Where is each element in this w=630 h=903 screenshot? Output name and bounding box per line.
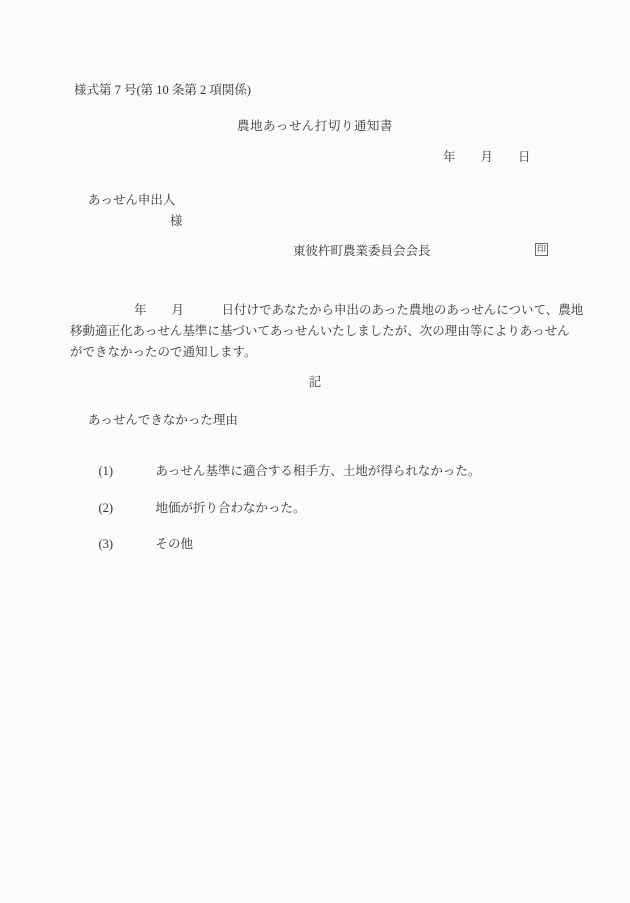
document-page: 様式第 7 号(第 10 条第 2 項関係) 農地あっせん打切り通知書 年 月 …: [0, 0, 630, 903]
addressee-label: あっせん申出人: [88, 194, 175, 207]
reason-item-1: (1)あっせん基準に適合する相手方、土地が得られなかった。: [86, 452, 480, 490]
addressee-honorific: 様: [170, 215, 183, 228]
form-number: 様式第 7 号(第 10 条第 2 項関係): [74, 84, 251, 97]
body-paragraph-line-3: ができなかったので通知します。: [70, 346, 257, 359]
reasons-heading: あっせんできなかった理由: [88, 414, 238, 427]
document-title: 農地あっせん打切り通知書: [0, 120, 630, 133]
seal-label: 印: [537, 245, 546, 254]
reason-text: その他: [156, 537, 194, 551]
record-marker: 記: [0, 376, 630, 389]
body-paragraph-line-2: 移動適正化あっせん基準に基づいてあっせんいたしましたが、次の理由等によりあっせん: [70, 325, 570, 338]
body-paragraph-line-1: 年 月 日付けであなたから申出のあった農地のあっせんについて、農地: [70, 304, 583, 317]
reason-number: (3): [99, 538, 156, 551]
reason-number: (2): [99, 502, 156, 515]
seal-mark: 印: [535, 243, 548, 256]
reason-text: 地価が折り合わなかった。: [156, 501, 306, 515]
sender-title: 東彼杵町農業委員会会長: [293, 245, 431, 258]
reason-number: (1): [99, 465, 156, 478]
issue-date-line: 年 月 日: [443, 151, 531, 164]
reason-item-2: (2)地価が折り合わなかった。: [86, 489, 306, 527]
reason-text: あっせん基準に適合する相手方、土地が得られなかった。: [156, 464, 481, 478]
reason-item-3: (3)その他: [86, 525, 193, 563]
